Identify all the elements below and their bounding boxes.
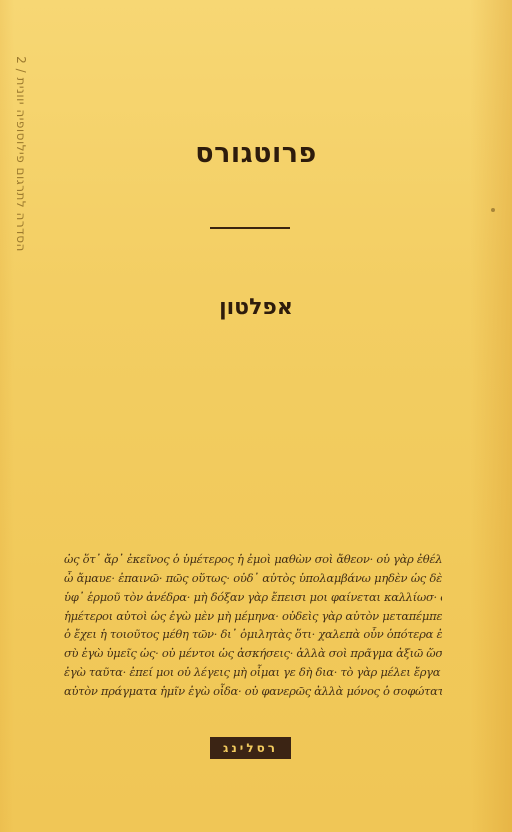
manuscript-line: αὐτὸν πράγματα ἡμῖν ἐγὼ οἶδα· οὐ φανερῶς… (64, 682, 442, 700)
manuscript-line: ὡς ὅτ᾽ ἄρ᾽ ἐκεῖνος ὁ ὑμέτερος ἡ ἐμοὶ μαθ… (64, 550, 442, 568)
manuscript-line: ἡμέτεροι αὐτοὶ ὡς ἐγὼ μὲν μὴ μέμηνα· οὐδ… (64, 607, 442, 625)
publisher-logo-text: רסלינג (223, 741, 278, 755)
book-cover: הסדרה לתרגום פילוסופיה יוונית / 2 פרוטגו… (0, 0, 512, 832)
manuscript-line: ὁ ἔχει ἡ τοιοῦτος μέθη τῶν· δι᾽ ὁμιλητὰς… (64, 625, 442, 643)
publisher-logo: רסלינג (210, 737, 291, 759)
book-author: אפלטון (0, 295, 512, 320)
manuscript-line: ὑφ᾽ ἑρμοῦ τὸν ἀνέδρα· μὴ δόξαν γὰρ ἔπεισ… (64, 588, 442, 606)
manuscript-line: ὦ ἄμαυε· ἐπαινῶ· πῶς οὕτως· οὐδ᾽ αὐτὸς ὑ… (64, 569, 442, 587)
decorative-speck (491, 208, 495, 212)
title-divider (210, 227, 290, 229)
manuscript-line: ἐγὼ ταῦτα· ἐπεί μοι οὐ λέγεις μὴ οἶμαι γ… (64, 663, 442, 681)
manuscript-line: σὺ ἐγὼ ὑμεῖς ὡς· οὐ μέντοι ὡς ἀσκήσεις· … (64, 644, 442, 662)
book-title: פרוטגורס (0, 138, 512, 169)
greek-manuscript-excerpt: ὡς ὅτ᾽ ἄρ᾽ ἐκεῖνος ὁ ὑμέτερος ἡ ἐμοὶ μαθ… (64, 550, 442, 700)
